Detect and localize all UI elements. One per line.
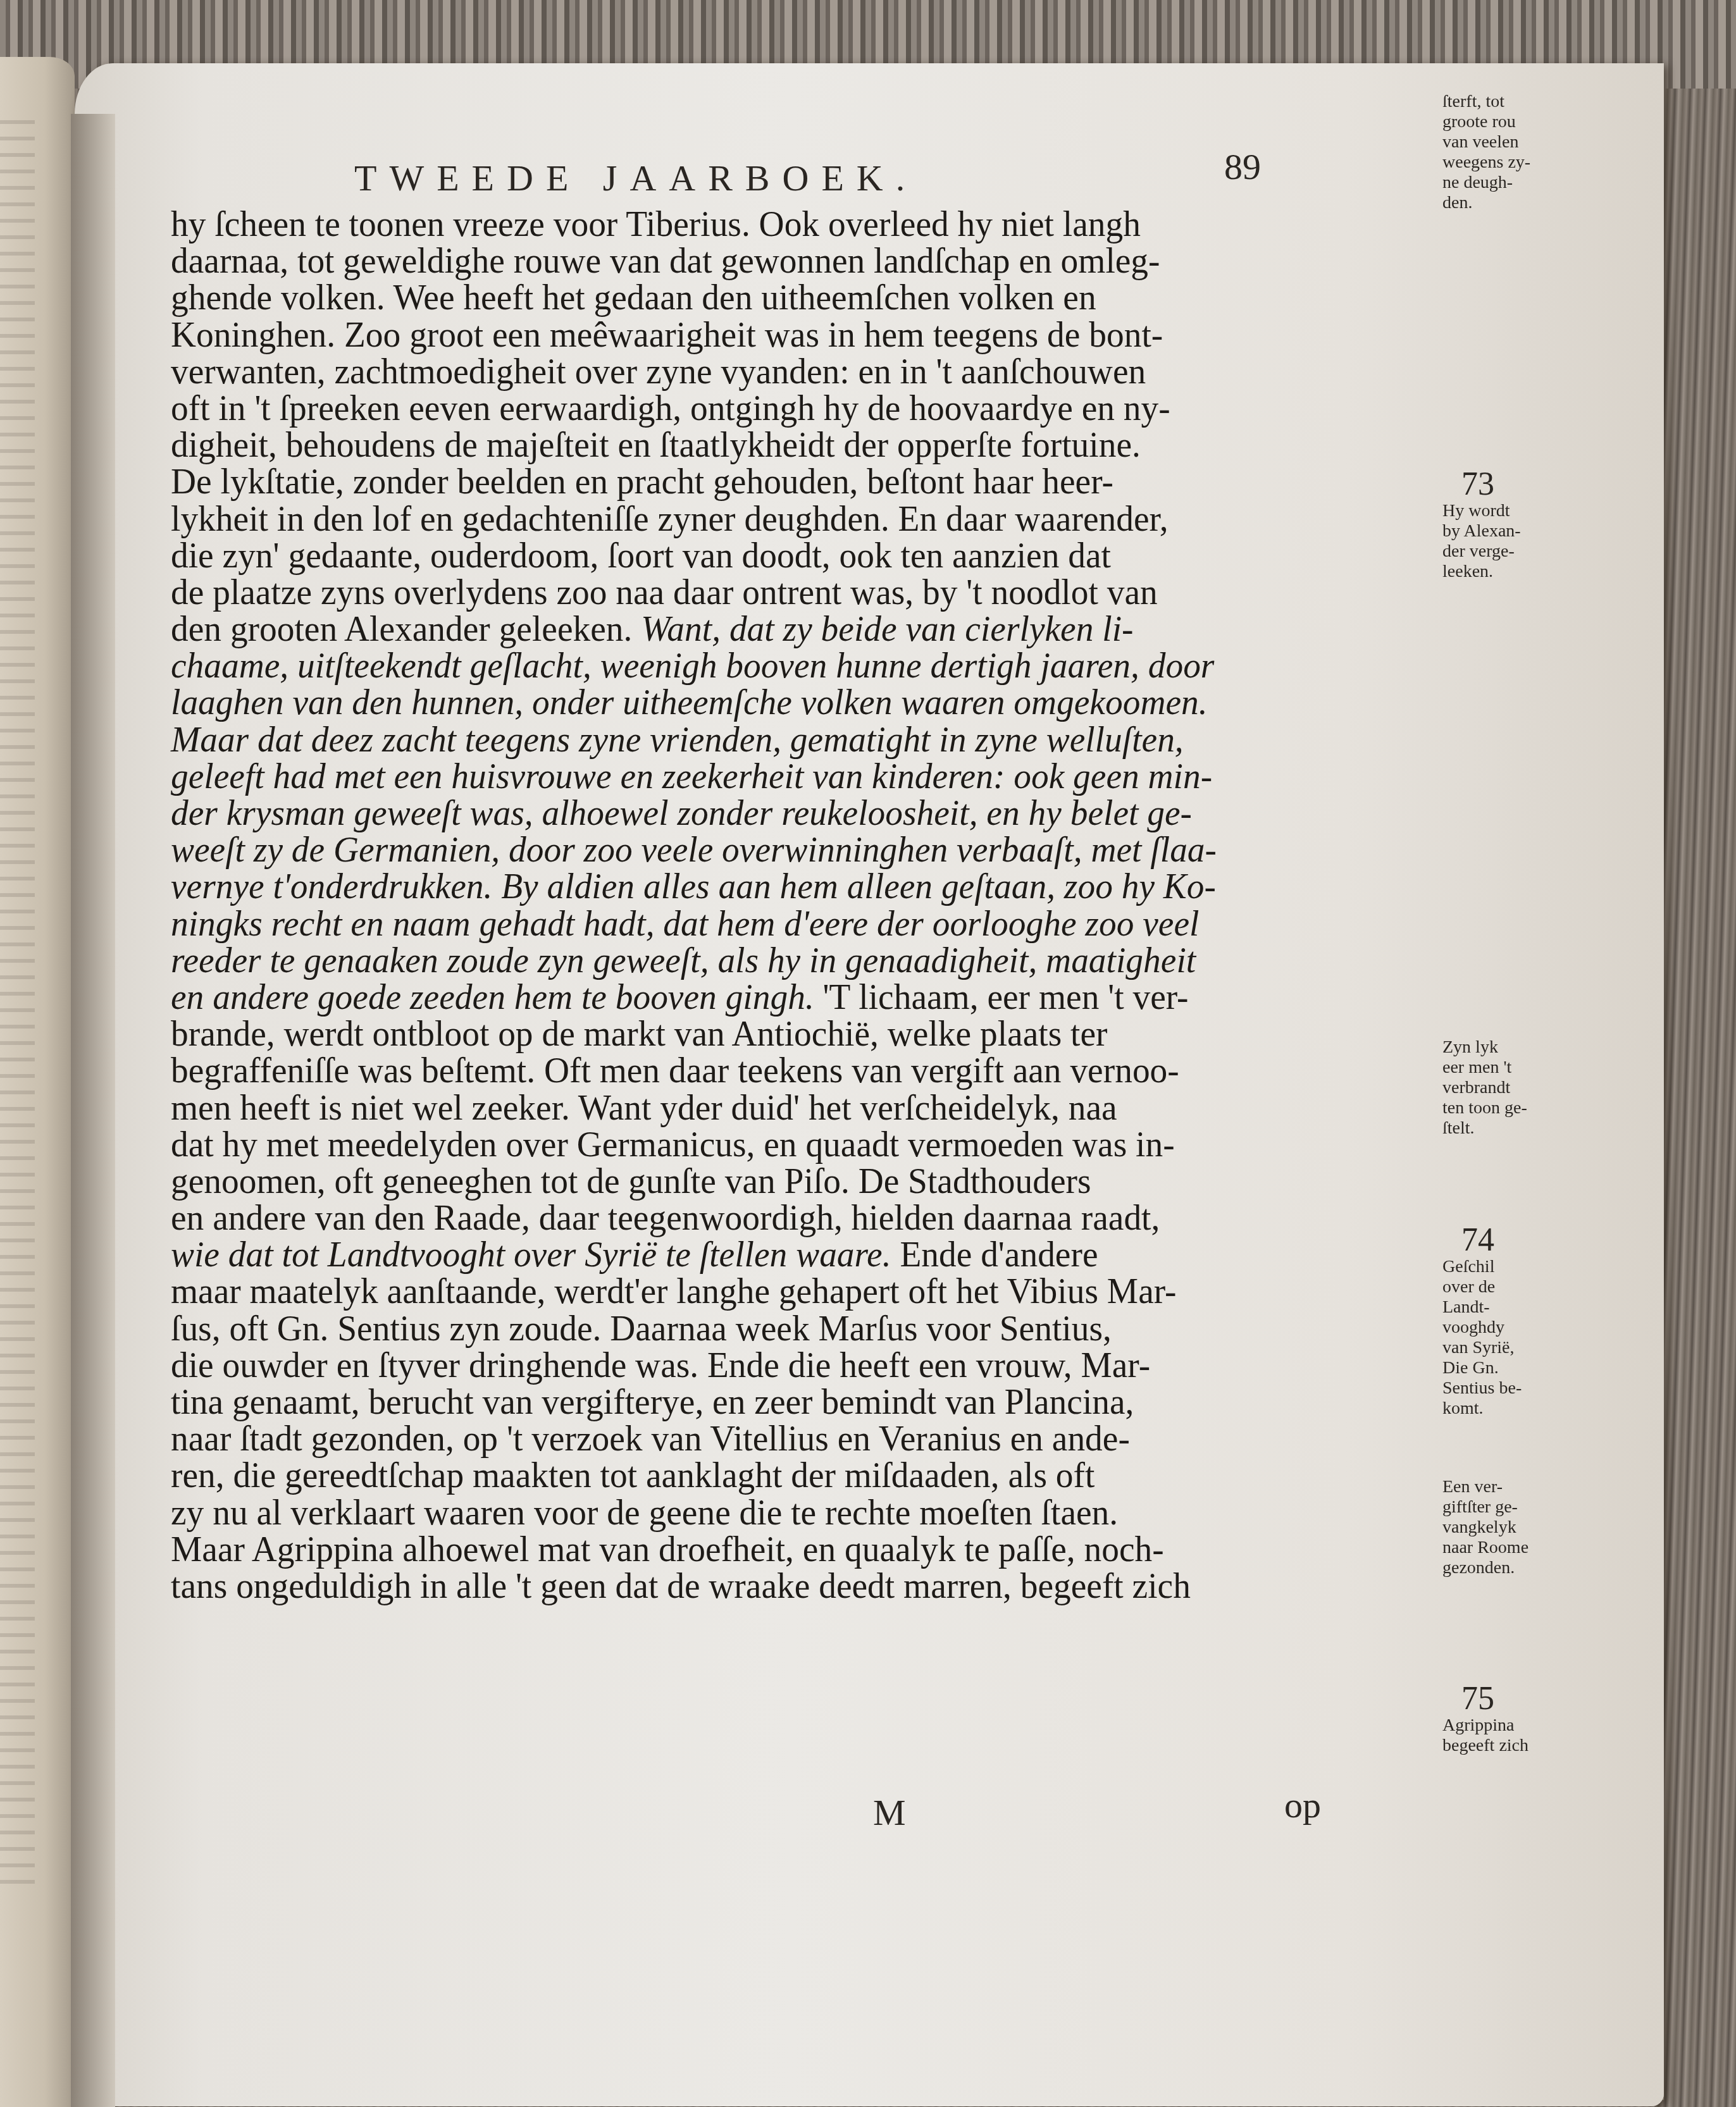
marginal-note-line: vangkelyk <box>1442 1517 1528 1538</box>
marginal-note-line: verbrandt <box>1442 1078 1527 1098</box>
text-line: tina genaamt, berucht van vergifterye, e… <box>171 1383 1259 1420</box>
marginal-note-line: Agrippina <box>1442 1715 1528 1736</box>
text-line: brande, werdt ontbloot op de markt van A… <box>171 1015 1259 1052</box>
marginal-note-line: Een ver- <box>1442 1477 1528 1497</box>
text-line: chaame, uitſteekendt geſlacht, weenigh b… <box>171 647 1259 684</box>
text-line: oft in 't ſpreeken eeven eerwaardigh, on… <box>171 390 1259 426</box>
text-line: dat hy met meedelyden over Germanicus, e… <box>171 1126 1259 1163</box>
section-number: 73 <box>1442 468 1521 501</box>
text-line: die ouwder en ſtyver dringhende was. End… <box>171 1347 1259 1383</box>
text-line: begraffeniſſe was beſtemt. Oft men daar … <box>171 1052 1259 1089</box>
italic-run: Want, dat zy beide van cierlyken li- <box>641 608 1133 649</box>
marginal-note-line: ſterft, tot <box>1442 92 1530 112</box>
text-line: digheit, behoudens de majeſteit en ſtaat… <box>171 426 1259 463</box>
text-line: genoomen, oft geneeghen tot de gunſte va… <box>171 1163 1259 1199</box>
marginal-note-line: der verge- <box>1442 541 1521 562</box>
running-head: TWEEDE JAARBOEK. 89 <box>171 145 1310 206</box>
text-line: de plaatze zyns overlydens zoo naa daar … <box>171 574 1259 610</box>
marginal-note: ſterft, totgroote rouvan veelenweegens z… <box>1442 92 1530 213</box>
marginal-note-line: vooghdy <box>1442 1318 1522 1338</box>
text-line: ren, die gereedtſchap maakten tot aankla… <box>171 1457 1259 1493</box>
marginal-note-line: begeeft zich <box>1442 1736 1528 1756</box>
roman-run: den grooten Alexander geleeken. <box>171 608 641 649</box>
section-number: 75 <box>1442 1683 1528 1715</box>
marginal-note-line: giftſter ge- <box>1442 1497 1528 1517</box>
marginal-note-line: weegens zy- <box>1442 152 1530 173</box>
marginal-note: Zyn lykeer men 'tverbrandtten toon ge-ſt… <box>1442 1037 1527 1139</box>
text-line: De lykſtatie, zonder beelden en pracht g… <box>171 463 1259 500</box>
marginal-note: 73Hy wordtby Alexan-der verge-leeken. <box>1442 468 1521 582</box>
body-text: hy ſcheen te toonen vreeze voor Tiberius… <box>171 206 1310 1604</box>
facing-page-text-shadow <box>0 120 35 1891</box>
text-line: laaghen van den hunnen, onder uitheemſch… <box>171 684 1259 720</box>
italic-run: wie dat tot Landtvooght over Syrië te ſt… <box>171 1233 900 1275</box>
running-title: TWEEDE JAARBOEK. <box>354 157 917 199</box>
text-line: der krysman geweeſt was, alhoewel zonder… <box>171 794 1259 831</box>
text-line: men heeft is niet wel zeeker. Want yder … <box>171 1089 1259 1126</box>
marginal-note-line: van Syrië, <box>1442 1338 1522 1358</box>
marginal-note-line: Sentius be- <box>1442 1378 1522 1399</box>
text-line: ningks recht en naam gehadt hadt, dat he… <box>171 905 1259 942</box>
text-line: lykheit in den lof en gedachteniſſe zyne… <box>171 500 1259 537</box>
text-line: reeder te genaaken zoude zyn geweeſt, al… <box>171 942 1259 979</box>
text-line: die zyn' gedaante, ouderdoom, ſoort van … <box>171 537 1259 574</box>
text-line: wie dat tot Landtvooght over Syrië te ſt… <box>171 1236 1259 1273</box>
marginal-note: Een ver-giftſter ge-vangkelyknaar Roomeg… <box>1442 1477 1528 1578</box>
marginal-note-line: groote rou <box>1442 112 1530 132</box>
marginal-note-line: naar Roome <box>1442 1538 1528 1558</box>
text-line: ghende volken. Wee heeft het gedaan den … <box>171 279 1259 316</box>
marginal-note-line: van veelen <box>1442 132 1530 152</box>
marginal-note-line: by Alexan- <box>1442 521 1521 541</box>
text-line: ſus, oft Gn. Sentius zyn zoude. Daarnaa … <box>171 1310 1259 1347</box>
text-line: Maar Agrippina alhoewel mat van droefhei… <box>171 1531 1259 1567</box>
marginal-note-line: ne deugh- <box>1442 173 1530 193</box>
text-line: hy ſcheen te toonen vreeze voor Tiberius… <box>171 206 1259 242</box>
signature-mark: M <box>873 1791 906 1834</box>
page-number: 89 <box>1224 145 1261 188</box>
text-line: Maar dat deez zacht teegens zyne vriende… <box>171 721 1259 758</box>
text-line: en andere van den Raade, daar teegenwoor… <box>171 1199 1259 1236</box>
book-gutter <box>71 114 115 2107</box>
roman-run: Ende d'andere <box>900 1233 1098 1275</box>
marginal-note-line: eer men 't <box>1442 1058 1527 1078</box>
text-line: weeſt zy de Germanien, door zoo veele ov… <box>171 831 1259 868</box>
section-number: 74 <box>1442 1224 1522 1257</box>
roman-run: 'T lichaam, eer men 't ver- <box>823 976 1189 1017</box>
marginal-note-line: Zyn lyk <box>1442 1037 1527 1058</box>
marginal-note-line: ſtelt. <box>1442 1118 1527 1139</box>
marginal-note-line: over de <box>1442 1277 1522 1297</box>
marginal-note-line: Geſchil <box>1442 1257 1522 1277</box>
text-line: geleeft had met een huisvrouwe en zeeker… <box>171 758 1259 794</box>
marginal-note-line: leeken. <box>1442 562 1521 582</box>
marginal-note-line: komt. <box>1442 1399 1522 1419</box>
text-line: Koninghen. Zoo groot een meêwaarigheit w… <box>171 316 1259 353</box>
marginal-note-line: Die Gn. <box>1442 1358 1522 1378</box>
text-line: tans ongeduldigh in alle 't geen dat de … <box>171 1567 1259 1604</box>
text-line: en andere goede zeeden hem te booven gin… <box>171 979 1259 1015</box>
marginal-note-line: den. <box>1442 193 1530 213</box>
page-content: TWEEDE JAARBOEK. 89 hy ſcheen te toonen … <box>171 145 1310 1604</box>
marginal-note-line: Hy wordt <box>1442 501 1521 521</box>
text-line: zy nu al verklaart waaren voor de geene … <box>171 1494 1259 1531</box>
marginal-note-line: gezonden. <box>1442 1558 1528 1578</box>
text-line: verwanten, zachtmoedigheit over zyne vya… <box>171 353 1259 390</box>
facing-page-edge <box>0 57 75 2107</box>
text-line: daarnaa, tot geweldighe rouwe van dat ge… <box>171 242 1259 279</box>
marginal-note: 74Geſchilover deLandt-vooghdyvan Syrië,D… <box>1442 1224 1522 1419</box>
marginal-note: 75Agrippinabegeeft zich <box>1442 1683 1528 1756</box>
text-line: den grooten Alexander geleeken. Want, da… <box>171 610 1259 647</box>
catchword: op <box>1284 1784 1321 1826</box>
text-line: maar maatelyk aanſtaande, werdt'er langh… <box>171 1273 1259 1309</box>
marginal-note-line: ten toon ge- <box>1442 1098 1527 1118</box>
text-line: vernye t'onderdrukken. By aldien alles a… <box>171 868 1259 905</box>
marginal-note-line: Landt- <box>1442 1297 1522 1318</box>
italic-run: en andere goede zeeden hem te booven gin… <box>171 976 823 1017</box>
text-line: naar ſtadt gezonden, op 't verzoek van V… <box>171 1420 1259 1457</box>
